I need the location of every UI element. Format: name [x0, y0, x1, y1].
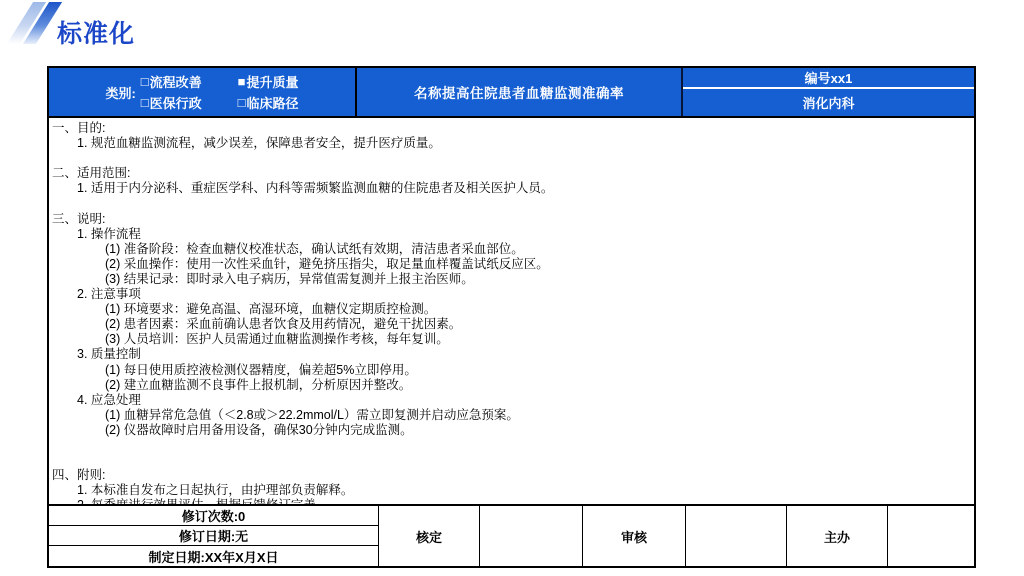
section-heading: 二、适用范围:	[51, 166, 968, 181]
document-line: 1. 适用于内分泌科、重症医学科、内科等需频繁监测血糖的住院患者及相关医护人员。	[51, 181, 968, 196]
section-heading: 四、附则:	[51, 468, 968, 483]
review-signature-cell	[685, 506, 786, 566]
document-name-cell: 名称提高住院患者血糖监测准确率	[357, 68, 683, 116]
document-line: (1) 环境要求：避免高温、高湿环境，血糖仪定期质控检测。	[51, 302, 968, 317]
verify-signature-cell	[479, 506, 582, 566]
option-quality-improvement: ■ 提升质量	[238, 72, 299, 91]
document-header: 类别: □ 流程改善 ■ 提升质量 □ 医保行政 □ 临床路径	[49, 68, 974, 118]
category-cell: 类别: □ 流程改善 ■ 提升质量 □ 医保行政 □ 临床路径	[49, 68, 357, 116]
document-line: (1) 准备阶段：检查血糖仪校准状态，确认试纸有效期，清洁患者采血部位。	[51, 242, 968, 257]
section-heading: 一、目的:	[51, 121, 968, 136]
blank-line	[51, 196, 968, 211]
doc-number-cell: 编号xx1	[683, 68, 974, 89]
option-label: 医保行政	[150, 93, 202, 112]
option-clinical-pathway: □ 临床路径	[238, 93, 299, 112]
document-line: 3. 质量控制	[51, 347, 968, 362]
document-line: 1. 本标准自发布之日起执行，由护理部负责解释。	[51, 483, 968, 498]
document-line: (3) 人员培训：医护人员需通过血糖监测操作考核，每年复训。	[51, 332, 968, 347]
document-line: 1. 操作流程	[51, 227, 968, 242]
option-process-improvement: □ 流程改善	[141, 72, 202, 91]
standard-document-table: 类别: □ 流程改善 ■ 提升质量 □ 医保行政 □ 临床路径	[47, 66, 976, 568]
document-line: 2. 注意事项	[51, 287, 968, 302]
blank-line	[51, 438, 968, 453]
checkbox-unchecked-icon: □	[141, 74, 149, 89]
option-label: 流程改善	[150, 72, 202, 91]
blank-line	[51, 453, 968, 468]
option-label: 提升质量	[247, 72, 299, 91]
review-label-cell: 审核	[582, 506, 685, 566]
document-line: 1. 规范血糖监测流程，减少误差，保障患者安全，提升医疗质量。	[51, 136, 968, 151]
revision-count-cell: 修订次数:0	[49, 506, 378, 526]
section-heading: 三、说明:	[51, 212, 968, 227]
revision-date-cell: 修订日期:无	[49, 526, 378, 546]
document-line: (1) 血糖异常危急值（＜2.8或＞22.2mmol/L）需立即复测并启动应急预…	[51, 408, 968, 423]
header-right-column: 编号xx1 消化内科	[683, 68, 974, 116]
option-insurance-admin: □ 医保行政	[141, 93, 202, 112]
host-label-cell: 主办	[786, 506, 887, 566]
document-line: (2) 采血操作：使用一次性采血针，避免挤压指尖，取足量血样覆盖试纸反应区。	[51, 257, 968, 272]
document-line: (2) 患者因素：采血前确认患者饮食及用药情况，避免干扰因素。	[51, 317, 968, 332]
document-line: (3) 结果记录：即时录入电子病历，异常值需复测并上报主治医师。	[51, 272, 968, 287]
document-footer: 修订次数:0 修订日期:无 制定日期:XX年X月X日 核定 审核 主办	[49, 504, 974, 566]
document-line: (2) 建立血糖监测不良事件上报机制，分析原因并整改。	[51, 378, 968, 393]
category-options: □ 流程改善 ■ 提升质量 □ 医保行政 □ 临床路径	[141, 72, 299, 112]
document-line: (2) 仪器故障时启用备用设备，确保30分钟内完成监测。	[51, 423, 968, 438]
verify-label-cell: 核定	[378, 506, 479, 566]
department-cell: 消化内科	[683, 89, 974, 116]
checkbox-unchecked-icon: □	[238, 95, 246, 110]
document-line: 4. 应急处理	[51, 393, 968, 408]
page-title: 标准化	[57, 14, 135, 50]
option-label: 临床路径	[247, 93, 299, 112]
created-date-cell: 制定日期:XX年X月X日	[49, 546, 378, 566]
host-signature-cell	[887, 506, 974, 566]
document-line: (1) 每日使用质控液检测仪器精度，偏差超5%立即停用。	[51, 363, 968, 378]
blank-line	[51, 151, 968, 166]
category-label: 类别:	[105, 83, 135, 102]
document-body: 一、目的: 1. 规范血糖监测流程，减少误差，保障患者安全，提升医疗质量。 二、…	[49, 118, 974, 504]
checkbox-checked-icon: ■	[238, 74, 246, 89]
checkbox-unchecked-icon: □	[141, 95, 149, 110]
